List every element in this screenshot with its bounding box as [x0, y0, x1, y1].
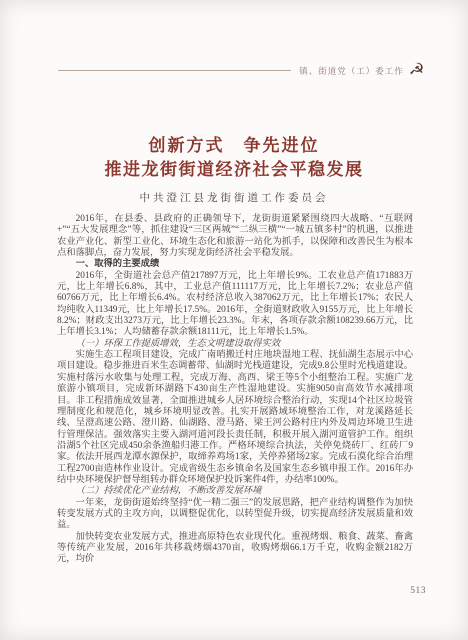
running-head: 镇、街道党（工）委工作 ☭ [58, 62, 424, 79]
running-head-label: 镇、街道党（工）委工作 [299, 65, 404, 77]
article-body: 2016年，在县委、县政府的正确领导下，龙街街道紧紧围绕四大战略、“互联网+”“… [57, 214, 413, 566]
article-title-line1: 创新方式 争先进位 [0, 134, 468, 158]
subsection-heading-2: （二）持续优化产业结构，不断改善发展环境 [57, 486, 413, 497]
page-number: 513 [410, 586, 426, 596]
scanned-document-page: 镇、街道党（工）委工作 ☭ 创新方式 争先进位 推进龙街街道经济社会平稳发展 中… [0, 0, 468, 640]
paragraph-environment: 实施生态工程项目建设，完成广南哨搬迁村庄地块湿地工程、抚仙湖生态展示中心项目建设… [57, 350, 413, 486]
article-author: 中共澄江县龙街街道工作委员会 [0, 190, 468, 205]
paragraph-industry: 一年来，龙街街道始终坚持“优一精二强三”的发展思路，把产业结构调整作为加快转变发… [57, 498, 413, 532]
article-title-block: 创新方式 争先进位 推进龙街街道经济社会平稳发展 中共澄江县龙街街道工作委员会 [0, 134, 468, 205]
party-emblem-icon: ☭ [408, 61, 425, 80]
paragraph-intro: 2016年，在县委、县政府的正确领导下，龙街街道紧紧围绕四大战略、“互联网+”“… [57, 214, 413, 259]
section-heading-1: 一、取得的主要成绩 [57, 259, 413, 270]
paragraph-agriculture: 加快转变农业发展方式，推进高原特色农业现代化。重视烤烟、粮食、蔬菜、畜禽等传统产… [57, 532, 413, 566]
header-rule [58, 70, 291, 71]
subsection-heading-1: （一）环保工作提质增效，生态文明建设取得实效 [57, 339, 413, 350]
paragraph-statistics: 2016年，全街道社会总产值217897万元，比上年增长9%。工农业总产值171… [57, 271, 413, 339]
article-title-line2: 推进龙街街道经济社会平稳发展 [0, 158, 468, 182]
